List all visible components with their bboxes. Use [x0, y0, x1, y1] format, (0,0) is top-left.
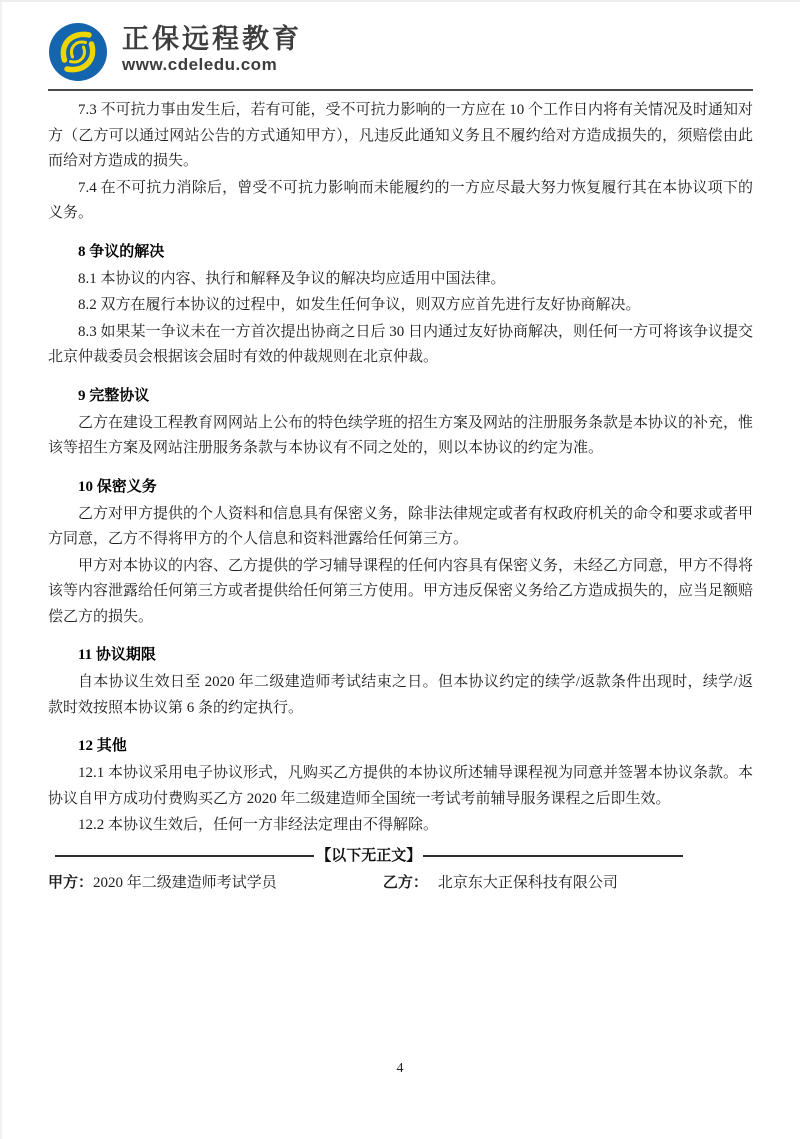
page-number: 4	[0, 1061, 800, 1077]
contract-paragraph: 7.3 不可抗力事由发生后，若有可能，受不可抗力影响的一方应在 10 个工作日内…	[48, 98, 753, 175]
page-header: 正保远程教育 www.cdeledu.com	[48, 0, 753, 91]
contract-paragraph: 8.2 双方在履行本协议的过程中，如发生任何争议，则双方应首先进行友好协商解决。	[48, 293, 753, 319]
brand-name: 正保远程教育	[122, 24, 302, 54]
section-heading: 12 其他	[48, 734, 753, 758]
document-page: 正保远程教育 www.cdeledu.com 7.3 不可抗力事由发生后，若有可…	[0, 0, 800, 1139]
contract-section: 10 保密义务 乙方对甲方提供的个人资料和信息具有保密义务，除非法律规定或者有权…	[48, 475, 753, 631]
contract-section: 9 完整协议 乙方在建设工程教育网网站上公布的特色续学班的招生方案及网站的注册服…	[48, 384, 753, 462]
contract-section: 11 协议期限 自本协议生效日至 2020 年二级建造师考试结束之日。但本协议约…	[48, 643, 753, 721]
divider-dash-right	[423, 855, 682, 857]
contract-section: 8 争议的解决 8.1 本协议的内容、执行和解释及争议的解决均应适用中国法律。8…	[48, 240, 753, 371]
no-more-text-marker: 【以下无正文】	[314, 845, 423, 867]
contract-paragraph: 8.1 本协议的内容、执行和解释及争议的解决均应适用中国法律。	[48, 267, 753, 293]
contract-paragraph: 12.2 本协议生效后，任何一方非经法定理由不得解除。	[48, 813, 753, 839]
no-more-text-divider: 【以下无正文】	[55, 845, 682, 867]
contract-paragraph: 乙方对甲方提供的个人资料和信息具有保密义务，除非法律规定或者有权政府机关的命令和…	[48, 502, 753, 553]
contract-paragraph: 乙方在建设工程教育网网站上公布的特色续学班的招生方案及网站的注册服务条款是本协议…	[48, 411, 753, 462]
sections-container: 7.3 不可抗力事由发生后，若有可能，受不可抗力影响的一方应在 10 个工作日内…	[48, 98, 753, 839]
parties-row: 甲方：2020 年二级建造师考试学员 乙方：北京东大正保科技有限公司	[48, 870, 753, 896]
contract-paragraph: 7.4 在不可抗力消除后，曾受不可抗力影响而未能履约的一方应尽最大努力恢复履行其…	[48, 176, 753, 227]
section-heading: 11 协议期限	[48, 643, 753, 667]
contract-paragraph: 甲方对本协议的内容、乙方提供的学习辅导课程的任何内容具有保密义务，未经乙方同意，…	[48, 554, 753, 631]
party-b: 乙方：北京东大正保科技有限公司	[383, 870, 618, 896]
party-b-label: 乙方：	[383, 875, 428, 891]
contract-body: 7.3 不可抗力事由发生后，若有可能，受不可抗力影响的一方应在 10 个工作日内…	[48, 91, 753, 896]
brand-text: 正保远程教育 www.cdeledu.com	[122, 22, 302, 76]
section-heading: 10 保密义务	[48, 475, 753, 499]
contract-paragraph: 12.1 本协议采用电子协议形式，凡购买乙方提供的本协议所述辅导课程视为同意并签…	[48, 761, 753, 812]
section-heading: 9 完整协议	[48, 384, 753, 408]
contract-section: 12 其他 12.1 本协议采用电子协议形式，凡购买乙方提供的本协议所述辅导课程…	[48, 734, 753, 839]
contract-paragraph: 8.3 如果某一争议未在一方首次提出协商之日后 30 日内通过友好协商解决，则任…	[48, 320, 753, 371]
cdeledu-logo-icon	[48, 22, 108, 82]
brand-row: 正保远程教育 www.cdeledu.com	[48, 22, 753, 82]
contract-paragraph: 自本协议生效日至 2020 年二级建造师考试结束之日。但本协议约定的续学/返款条…	[48, 670, 753, 721]
party-a: 甲方：2020 年二级建造师考试学员	[48, 870, 383, 896]
party-a-label: 甲方：	[48, 875, 93, 891]
party-b-value: 北京东大正保科技有限公司	[438, 875, 618, 891]
brand-url: www.cdeledu.com	[122, 54, 302, 76]
contract-section: 7.3 不可抗力事由发生后，若有可能，受不可抗力影响的一方应在 10 个工作日内…	[48, 98, 753, 227]
section-heading: 8 争议的解决	[48, 240, 753, 264]
divider-dash-left	[55, 855, 314, 857]
party-a-value: 2020 年二级建造师考试学员	[93, 875, 277, 891]
